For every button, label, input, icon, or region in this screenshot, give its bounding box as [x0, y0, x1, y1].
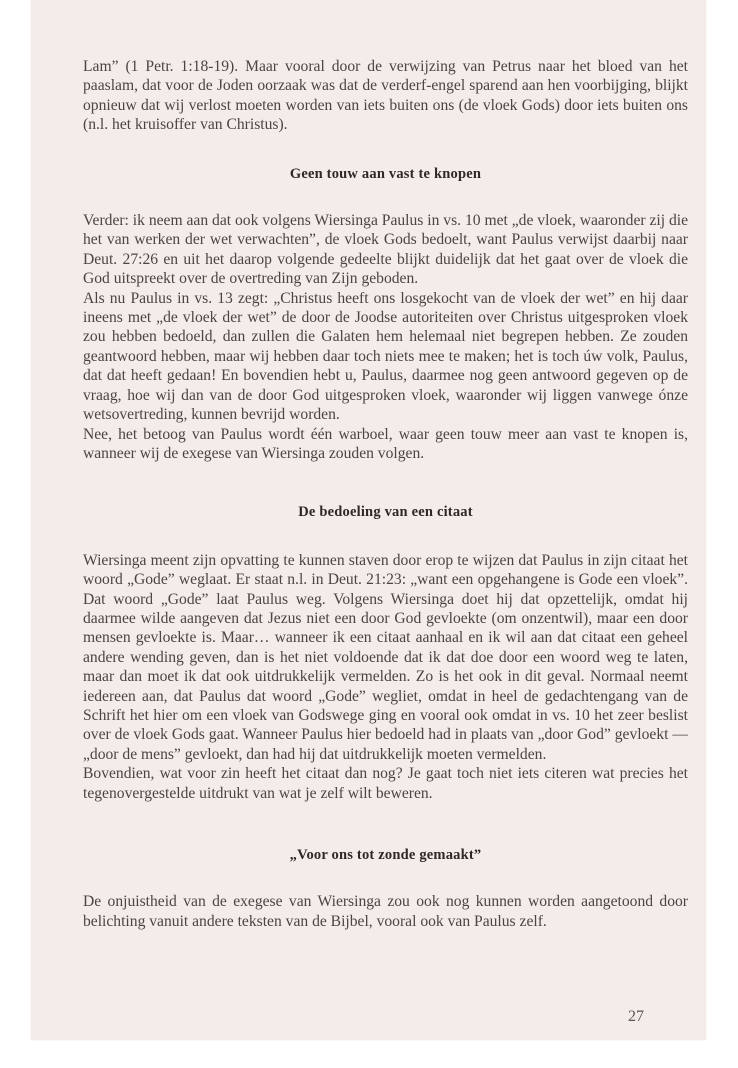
paragraph: Wiersinga meent zijn opvatting te kunnen…	[83, 551, 688, 764]
paragraph: Als nu Paulus in vs. 13 zegt: „Christus …	[83, 289, 688, 425]
section-heading-geen-touw: Geen touw aan vast te knopen	[83, 165, 688, 184]
paragraph: Nee, het betoog van Paulus wordt één war…	[83, 425, 688, 464]
book-page: Lam” (1 Petr. 1:18-19). Maar vooral door…	[31, 0, 706, 1040]
paragraph: De onjuistheid van de exegese van Wiersi…	[83, 892, 688, 931]
paragraph: Bovendien, wat voor zin heeft het citaat…	[83, 764, 688, 803]
paragraph: Verder: ik neem aan dat ook volgens Wier…	[83, 211, 688, 289]
page-number: 27	[628, 1008, 644, 1026]
section-heading-bedoeling-citaat: De bedoeling van een citaat	[83, 503, 688, 522]
paragraph: Lam” (1 Petr. 1:18-19). Maar vooral door…	[83, 57, 688, 135]
page-content: Lam” (1 Petr. 1:18-19). Maar vooral door…	[83, 57, 688, 931]
section-heading-voor-ons-tot-zonde: „Voor ons tot zonde gemaakt”	[83, 846, 688, 865]
